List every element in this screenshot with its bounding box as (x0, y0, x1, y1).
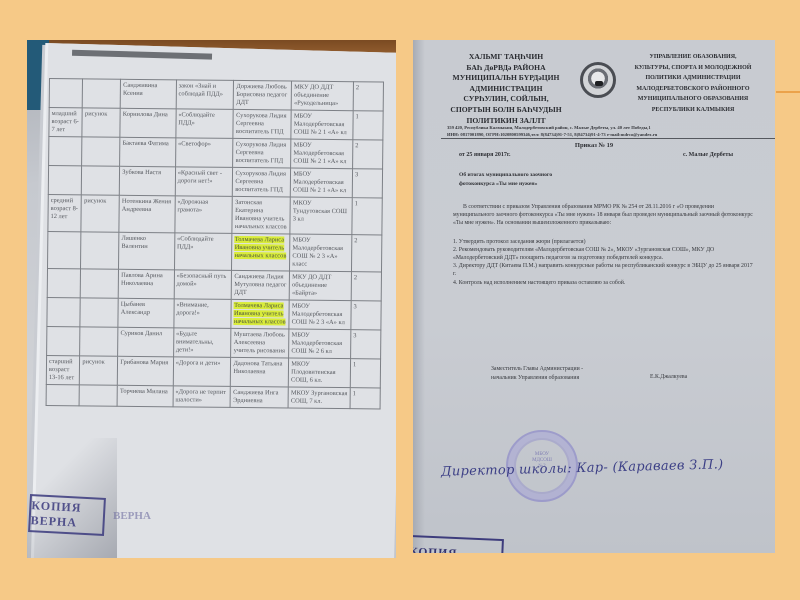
cell-nomination (82, 166, 120, 195)
photo-edge-shadow (413, 40, 425, 553)
cell-title: «Соблюдайте ПДД» (174, 233, 232, 271)
cell-age (47, 297, 81, 326)
cell-name: Ляшенко Валентин (119, 232, 175, 270)
cell-title: «Внимание, дорога!» (174, 299, 232, 329)
table-row: средний возраст 8-12 летрисунокНотенкина… (48, 194, 382, 234)
cell-place: 3 (351, 330, 381, 359)
cell-title: «Соблюдайте ПДД» (176, 109, 234, 139)
cell-age: старший возраст 13-16 лет (46, 355, 80, 384)
copy-verified-stamp: КОПИЯ ВЕРНА (28, 494, 106, 536)
cell-nomination (82, 137, 120, 166)
handwritten-note: Директор школы: Кар- (Караваев З.П.) (441, 457, 724, 479)
signature-title: Заместитель Главы Администрации - началь… (491, 365, 583, 383)
cell-title: «Дорожная грамота» (175, 196, 233, 234)
cell-name: Торчиева Милана (117, 385, 173, 407)
results-table: Сандживина Ксениязакон «Знай и соблюдай … (46, 78, 384, 409)
order-item: 2. Рекомендовать руководителям «Малодерб… (453, 246, 753, 262)
copy-verified-stamp: КОПИЯ ВЕРНА (413, 535, 504, 553)
cell-school: МБОУ Малодербетовская СОШ № 2 1 «А» кл (290, 168, 352, 198)
header-line: АДМИНИСТРАЦИН (441, 84, 571, 95)
cell-school: МКОУ Тундутовская СОШ 3 кл (290, 197, 352, 235)
cell-place: 1 (352, 198, 382, 235)
cell-title: закон «Знай и соблюдай ПДД» (176, 80, 234, 110)
header-line: УПРАВЛЕНИЕ ОБАЗОВАНИЯ, (623, 52, 763, 63)
signature-name: Е.К.Джалкуева (650, 374, 687, 380)
address-block: 359 420, Республика Калмыкия, Малодербет… (447, 124, 775, 138)
photo-order-document: ХАЛЬМГ ТАҢҺЧИНБАҺ ДөРВДә РАЙОНАМУНИЦИПАЛ… (413, 40, 775, 553)
preamble: В соответствии с приказом Управления обр… (453, 203, 753, 228)
cell-place: 2 (351, 272, 381, 301)
cell-place: 3 (351, 301, 381, 330)
cell-teacher: Толмачева Лариса Ивановна учитель началь… (231, 299, 289, 329)
table-row: Ляшенко Валентин«Соблюдайте ПДД»Толмачев… (48, 231, 382, 271)
order-place: с. Малые Дербеты (683, 152, 733, 158)
cell-teacher: Затонская Екатерина Ивановна учитель нач… (232, 196, 290, 234)
requisites-line: ИНН: 0817001890, ОГРН:1020800599346,тел:… (447, 131, 775, 138)
cell-age: средний возраст 8-12 лет (48, 194, 82, 231)
header-line: МАЛОДЕРБЕТОВСКОГО РАЙОННОГО (623, 84, 763, 95)
header-line: ПОЛИТИКИ АДМИНИСТРАЦИИ (623, 73, 763, 84)
cell-school: МКУ ДО ДДТ объединение «Рукодельница» (291, 81, 353, 111)
signature-title-line: начальник Управления образования (491, 374, 583, 383)
cell-age (47, 268, 81, 297)
cell-teacher: Муштаева Любовь Алексеевна учитель рисов… (231, 328, 289, 358)
header-line: СПОРТЫН БОЛН БАҺЧУДЫН (441, 105, 571, 116)
address-line: 359 420, Республика Калмыкия, Малодербет… (447, 124, 775, 131)
cell-name: Цыбанев Александр (118, 298, 174, 328)
highlighted-text: Толмачева Лариса Ивановна учитель началь… (234, 302, 286, 326)
cell-place: 1 (350, 388, 380, 409)
cell-name: Сандживина Ксения (120, 79, 176, 109)
coat-of-arms-icon (580, 62, 616, 98)
cell-school: МКОУ Зургановская СОШ, 7 кл. (288, 387, 350, 409)
cell-age (48, 166, 82, 195)
cell-place: 2 (351, 235, 381, 272)
stamp-ghost-imprint: ВЕРНА (113, 510, 151, 522)
cell-teacher: Толмачева Лариса Ивановна учитель началь… (232, 233, 290, 271)
cell-teacher: Санджиева Лидия Мутуловна педагог ДДТ (232, 270, 290, 300)
cell-age (49, 79, 83, 108)
cell-nomination (79, 385, 117, 406)
order-body: В соответствии с приказом Управления обр… (453, 203, 753, 287)
table-row: Цыбанев Александр«Внимание, дорога!»Толм… (47, 297, 381, 329)
cell-place: 2 (353, 82, 383, 111)
header-russian: УПРАВЛЕНИЕ ОБАЗОВАНИЯ,КУЛЬТУРЫ, СПОРТА И… (623, 52, 763, 116)
table-row: Зубкова Настя«Красный свет - дороги нет!… (48, 166, 382, 198)
table-row: Торчиева Милана«Дорога не терпит шалости… (46, 384, 380, 408)
cell-school: МБОУ Малодербетовская СОШ № 2 3 «А» кл (289, 300, 351, 330)
cell-nomination (81, 232, 119, 269)
cell-name: Павлова Арина Николаевна (118, 269, 174, 299)
cell-title: «Дорога не терпит шалости» (173, 386, 231, 408)
accent-line (776, 91, 800, 93)
cell-name: Бактаева Фатима (120, 137, 176, 167)
cell-nomination (80, 298, 118, 327)
order-item: 4. Контроль над исполнением настоящего п… (453, 279, 753, 287)
cell-nomination: рисунок (80, 356, 118, 385)
order-item: 3. Директору ДДТ (Китаева П.М.) направит… (453, 262, 753, 278)
cell-name: Зубкова Настя (119, 166, 175, 196)
cell-teacher: Дадонова Татьяна Николаевна (231, 357, 289, 387)
cell-school: МБОУ Малодербетовская СОШ № 2 3 «А» клас… (290, 234, 352, 272)
cell-school: МКОУ Плодовитенская СОШ, 6 кл. (288, 358, 350, 388)
cell-school: МКУ ДО ДДТ объединение «Байрта» (289, 271, 351, 301)
header-line: СУРҺУЛИН, СОЙЛЫН, (441, 94, 571, 105)
cell-place: 1 (350, 359, 380, 388)
cell-nomination (81, 269, 119, 298)
order-item: 1. Утвердить протокол заседания жюри (пр… (453, 238, 753, 246)
cell-age (47, 326, 81, 355)
subject-line: фотоконкурса «Ты мне нужен» (459, 180, 619, 189)
header-line: БАҺ ДөРВДә РАЙОНА (441, 63, 571, 74)
highlighted-text: Толмачева Лариса Ивановна учитель началь… (235, 236, 287, 260)
cell-place: 2 (353, 140, 383, 169)
paper-edge (72, 50, 212, 60)
cell-nomination (80, 327, 118, 356)
cell-place: 3 (352, 169, 382, 198)
cell-nomination (83, 79, 121, 108)
signature-title-line: Заместитель Главы Администрации - (491, 365, 583, 374)
table-row: младший возраст 6-7 летрисунокКорнилова … (49, 108, 383, 140)
cell-teacher: Санджиева Инга Эрдниевна (231, 386, 289, 408)
cell-teacher: Доржиева Любовь Борисовна педагог ДДТ (234, 80, 292, 110)
cell-title: «Красный свет - дороги нет!» (175, 167, 233, 197)
cell-name: Нотенкина Жения Андреевна (119, 195, 175, 233)
cell-title: «Светофор» (175, 138, 233, 168)
cell-teacher: Сухорукова Лидия Сергеевна воспитатель Г… (233, 109, 291, 139)
header-divider (441, 138, 775, 139)
cell-title: «Дорога и дети» (173, 357, 231, 387)
order-subject: Об итогах муниципального заочного фотоко… (459, 171, 619, 188)
cell-place: 1 (353, 111, 383, 140)
cell-nomination: рисунок (82, 108, 120, 137)
cell-school: МБОУ Малодербетовская СОШ № 2 1 «А» кл (291, 110, 353, 140)
order-items: 1. Утвердить протокол заседания жюри (пр… (453, 238, 753, 287)
subject-line: Об итогах муниципального заочного (459, 171, 619, 180)
table-row: Бактаева Фатима«Светофор»Сухорукова Лиди… (49, 137, 383, 169)
cell-school: МБОУ Малодербетовская СОШ № 2 1 «А» кл (291, 139, 353, 169)
table-row: Суриков Данил«Будьте внимательны, дети!»… (47, 326, 381, 358)
order-date: от 25 января 2017г. (459, 152, 510, 158)
cell-title: «Будьте внимательны, дети!» (173, 328, 231, 358)
blue-folder (27, 40, 49, 110)
header-line: КУЛЬТУРЫ, СПОРТА И МОЛОДЕЖНОЙ (623, 63, 763, 74)
cell-age (46, 384, 80, 405)
header-line: МУНИЦИПАЛЬНОГО ОБРАЗОВАНИЯ (623, 94, 763, 105)
cell-nomination: рисунок (81, 195, 119, 232)
table-row: Павлова Арина Николаевна«Безопасный путь… (47, 268, 381, 300)
order-number: Приказ № 19 (413, 142, 775, 149)
cell-age: младший возраст 6-7 лет (49, 108, 83, 137)
header-line: ХАЛЬМГ ТАҢҺЧИН (441, 52, 571, 63)
cell-name: Корнилова Дина (120, 108, 176, 138)
header-line: РЕСПУБЛИКИ КАЛМЫКИЯ (623, 105, 763, 116)
photo-results-table: Сандживина Ксениязакон «Знай и соблюдай … (27, 40, 396, 558)
cell-name: Суриков Данил (118, 327, 174, 357)
cell-teacher: Сухорукова Лидия Сергеевна воспитатель Г… (233, 138, 291, 168)
cell-name: Грибанова Мария (117, 356, 173, 386)
table-row: старший возраст 13-16 летрисунокГрибанов… (46, 355, 380, 387)
cell-school: МБОУ Малодербетовская СОШ № 2 6 кл (289, 329, 351, 359)
header-line: МУНИЦИПАЛЬН БҮРДәЦИН (441, 73, 571, 84)
table-row: Сандживина Ксениязакон «Знай и соблюдай … (49, 79, 383, 111)
header-kalmyk: ХАЛЬМГ ТАҢҺЧИНБАҺ ДөРВДә РАЙОНАМУНИЦИПАЛ… (441, 52, 571, 126)
cell-age (49, 137, 83, 166)
cell-age (48, 231, 82, 268)
cell-teacher: Сухорукова Лидия Сергеевна воспитатель Г… (233, 167, 291, 197)
cell-title: «Безопасный путь домой» (174, 270, 232, 300)
